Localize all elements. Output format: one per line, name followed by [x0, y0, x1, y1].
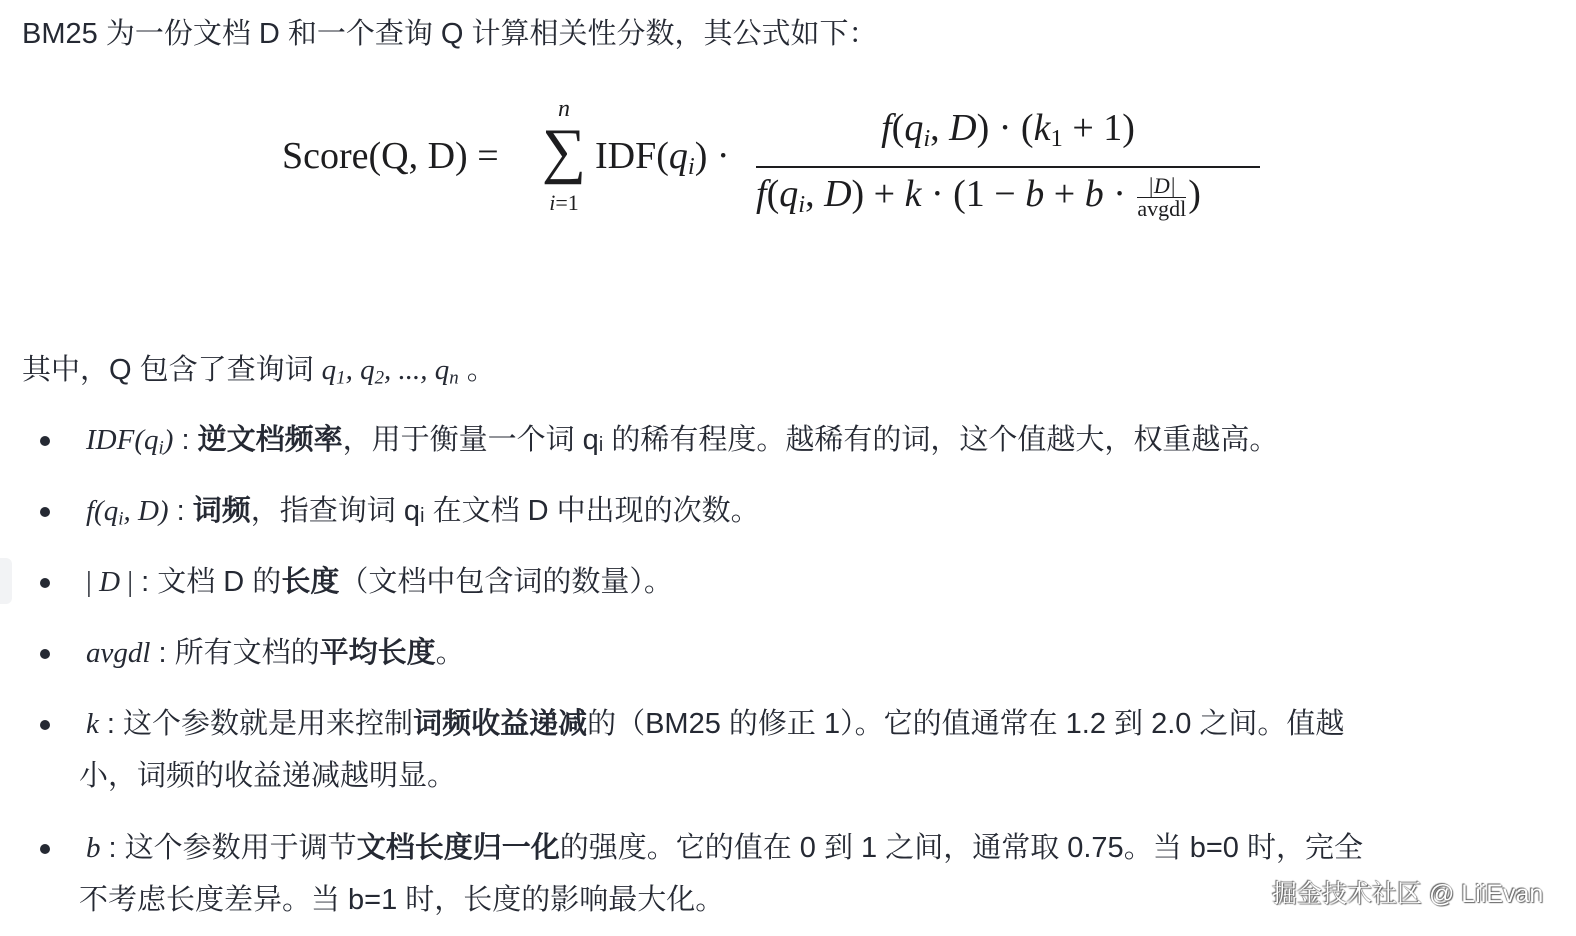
fraction-numerator: f(qi, D) · (k1 + 1)	[756, 106, 1260, 150]
query-terms: q1, q2, ..., qn	[322, 354, 459, 386]
definition-continuation: 不考虑长度差异。当 b=1 时，长度的影响最大化。	[79, 875, 724, 925]
bullet-icon	[40, 578, 50, 588]
length-ratio: |D|avgdl	[1137, 175, 1186, 220]
bullet-icon	[40, 649, 50, 659]
sigma-icon: ∑	[534, 116, 594, 186]
bullet-icon	[40, 507, 50, 517]
bm25-formula: Score(Q, D) = n ∑ i=1 IDF(qi) · f(qi, D)…	[282, 96, 1272, 236]
symbol: k	[86, 708, 99, 740]
idf-term: IDF(qi) ·	[595, 134, 730, 178]
query-terms-line: 其中，Q 包含了查询词 q1, q2, ..., qn 。	[22, 350, 496, 390]
symbol: b	[86, 832, 101, 864]
symbol: IDF(qi)	[86, 424, 173, 456]
side-tab-marker	[0, 558, 12, 604]
sum-lower-limit: i=1	[534, 190, 594, 216]
bullet-icon	[40, 844, 50, 854]
intro-paragraph: BM25 为一份文档 D 和一个查询 Q 计算相关性分数，其公式如下：	[22, 14, 878, 54]
bullet-icon	[40, 720, 50, 730]
formula-lhs: Score(Q, D) =	[282, 134, 499, 178]
fraction-denominator: f(qi, D) + k · (1 − b + b · |D|avgdl)	[756, 172, 1260, 220]
fraction-bar	[756, 166, 1260, 168]
watermark: 掘金技术社区 @ LiiEvan	[1272, 874, 1543, 910]
symbol: f(qi, D)	[86, 495, 169, 527]
definition-continuation: 小，词频的收益递减越明显。	[79, 751, 456, 801]
bullet-icon	[40, 436, 50, 446]
symbol: | D |	[86, 566, 133, 598]
symbol: avgdl	[86, 637, 150, 669]
